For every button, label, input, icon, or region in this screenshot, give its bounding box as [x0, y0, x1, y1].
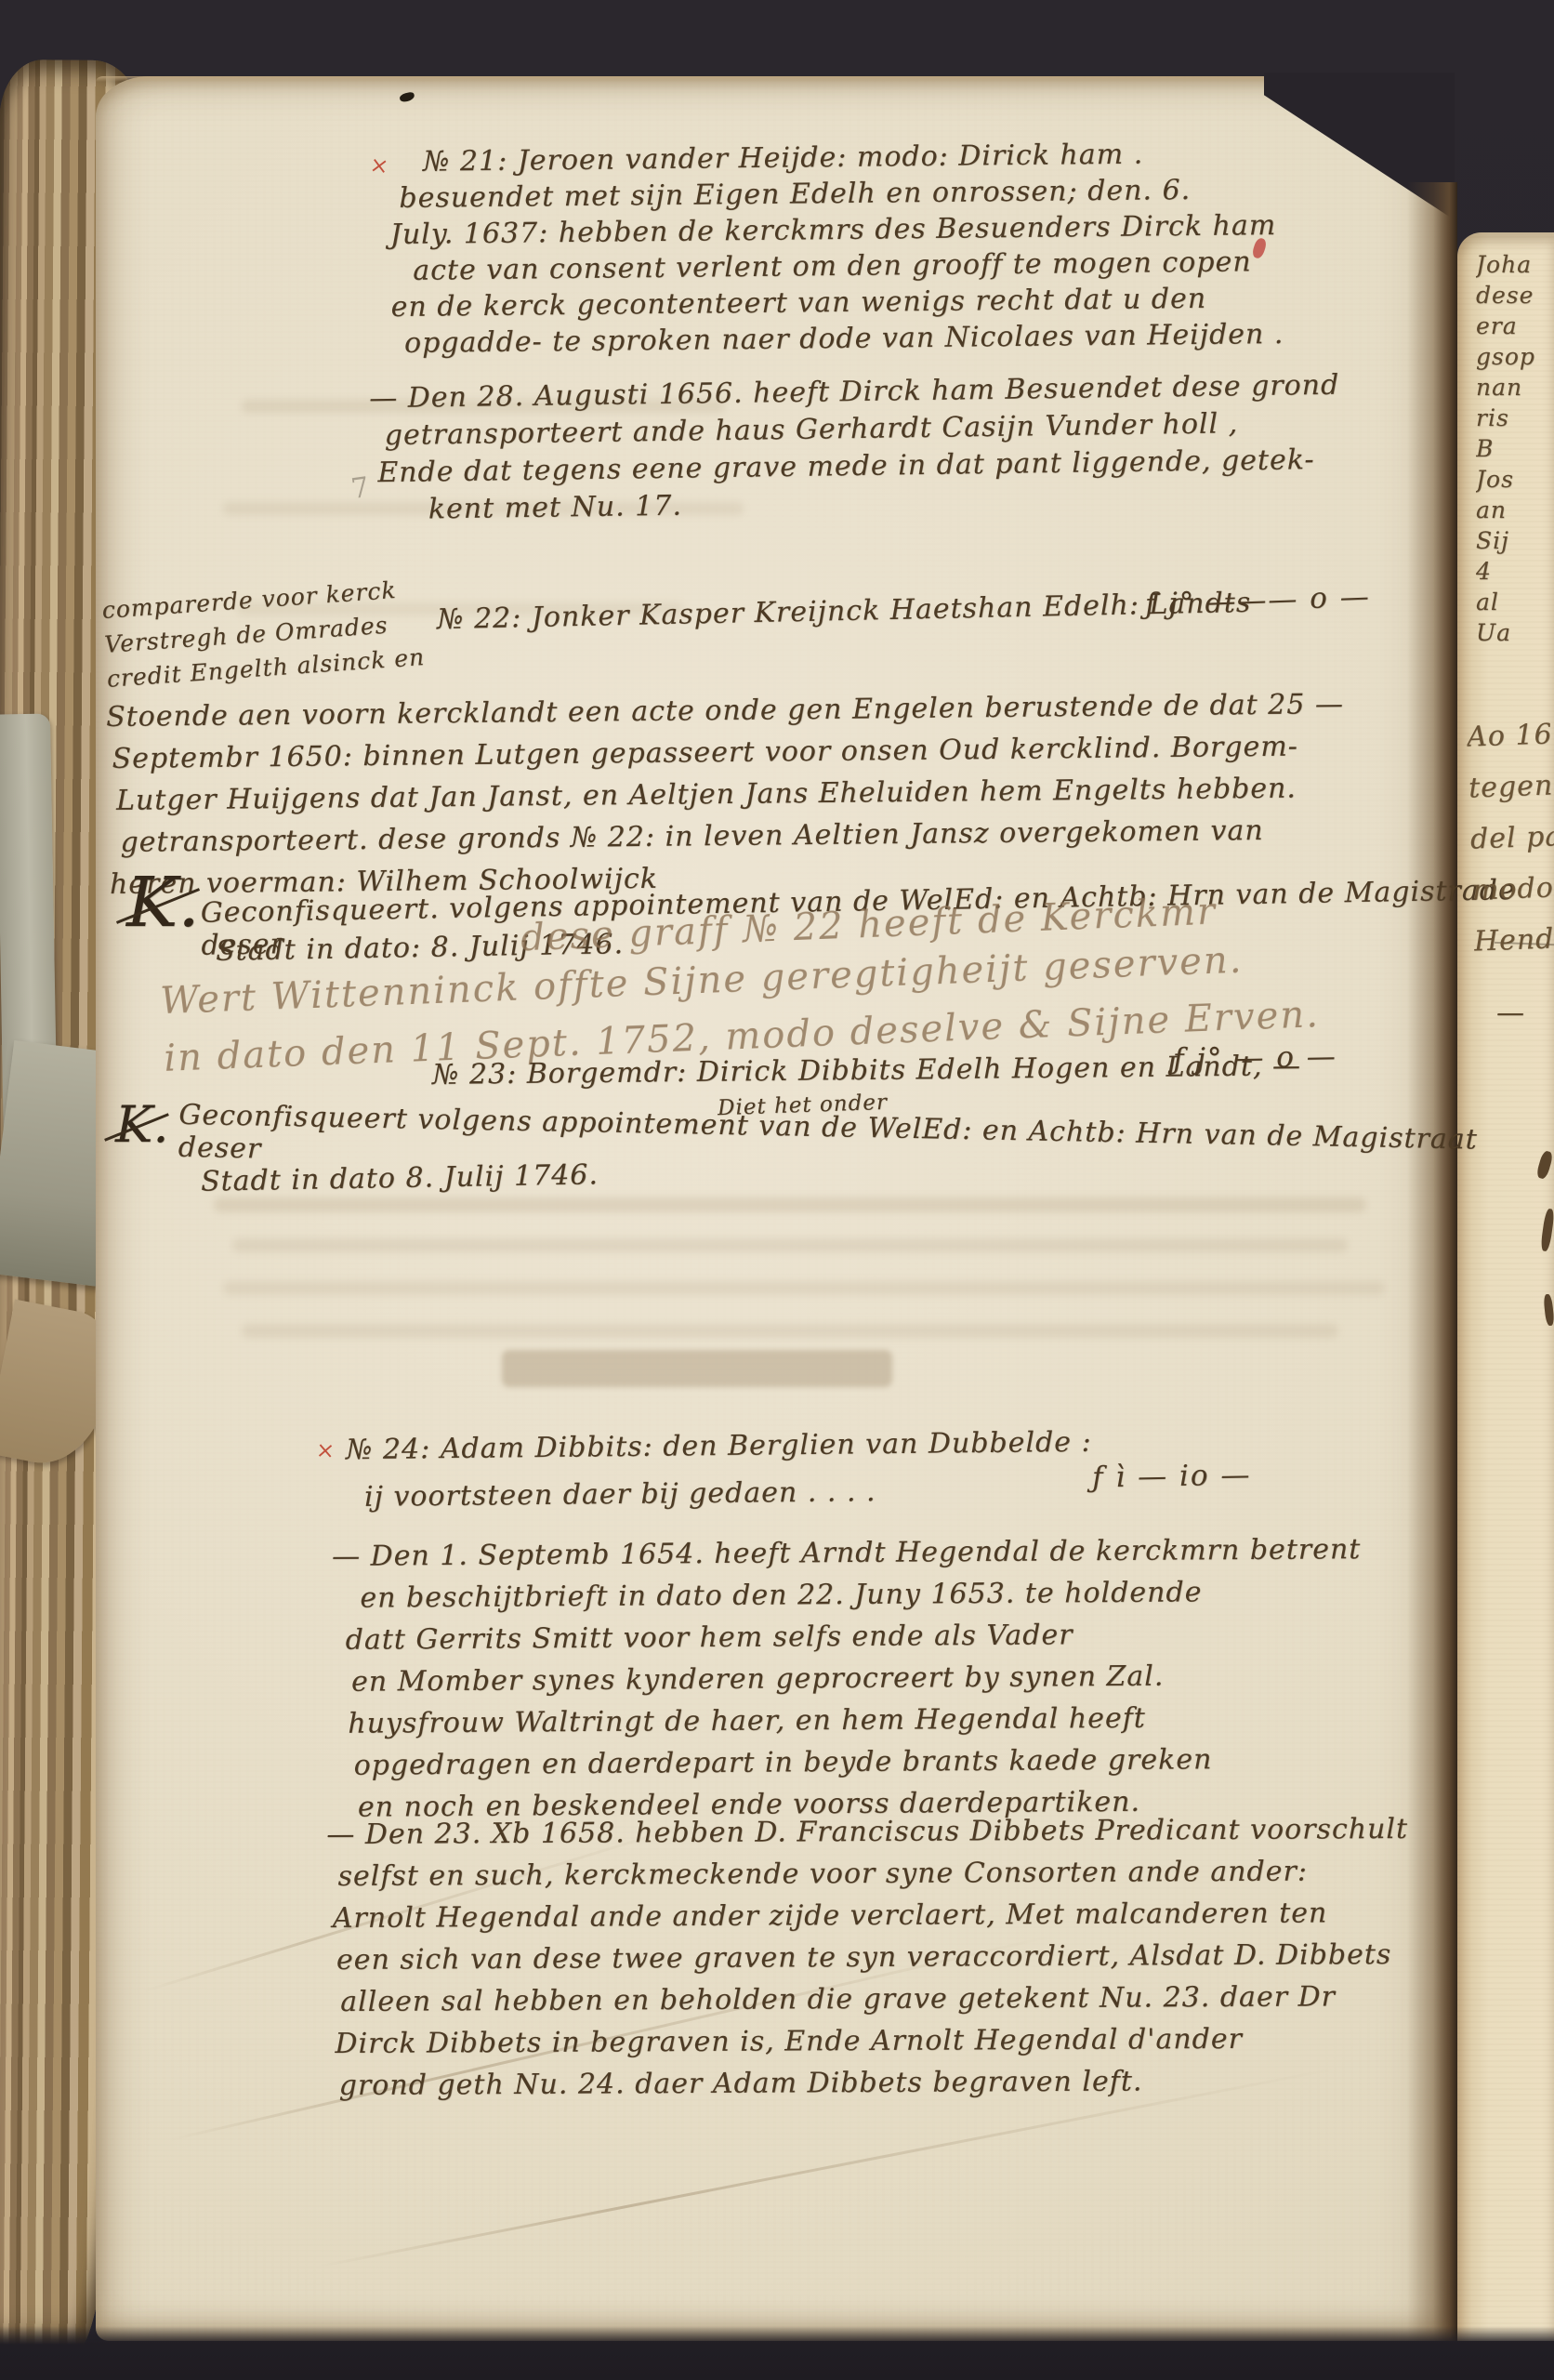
- manuscript-line: een sich van dese twee graven te syn ver…: [336, 1934, 1409, 1981]
- background-bottom-band: [0, 2326, 1554, 2380]
- page-top-edge: [96, 76, 1453, 82]
- manuscript-line: en beschijtbrieft in dato den 22. Juny 1…: [360, 1570, 1362, 1620]
- manuscript-line: Ao 1683. d: [1466, 709, 1551, 763]
- showthrough-ghost-text: [223, 1281, 1385, 1295]
- red-cross-mark: ×: [315, 1436, 336, 1463]
- manuscript-line: selfst en such, kerckmeckende voor syne …: [337, 1850, 1408, 1897]
- manuscript-line: era: [1476, 311, 1554, 341]
- book-gutter-shadow: [1407, 182, 1457, 2341]
- manuscript-line: grond geth Nu. 24. daer Adam Dibbets beg…: [339, 2059, 1410, 2107]
- manuscript-line: huysfrouw Waltringt de haer, en hem Hege…: [348, 1696, 1363, 1745]
- manuscript-line: Joha: [1476, 249, 1554, 280]
- facing-page-marginal-note: Ao 1683. dtegens fidel pandmodo daHendr: [1466, 709, 1554, 968]
- manuscript-line: alleen sal hebben en beholden die grave …: [340, 1976, 1409, 2023]
- facing-page-dash: —: [1496, 997, 1525, 1029]
- paragraph-1658-text: — Den 23. Xb 1658. hebben D. Franciscus …: [326, 1808, 1409, 2107]
- manuscript-line: modo da: [1471, 862, 1554, 916]
- entry-22-text: Stoende aen voorn kercklandt een acte on…: [106, 683, 1346, 906]
- manuscript-line: Ua: [1476, 617, 1554, 648]
- confiscation-2-line-2: Stadt in dato 8. Julij 1746.: [201, 1158, 599, 1197]
- confiscation-initial-k: K.: [115, 1095, 169, 1154]
- red-cross-mark: ×: [368, 152, 390, 180]
- manuscript-line: en Momber synes kynderen geprocreert by …: [351, 1654, 1363, 1703]
- manuscript-photo: × № 21: Jeroen vander Heijde: modo: Diri…: [0, 0, 1554, 2380]
- manuscript-line: al: [1476, 587, 1554, 617]
- manuscript-line: an: [1476, 495, 1554, 525]
- manuscript-line: tegens fi: [1468, 760, 1553, 813]
- manuscript-line: Arnolt Hegendal ande ander zijde verclae…: [333, 1892, 1409, 1939]
- manuscript-line: dese: [1476, 280, 1554, 311]
- manuscript-line: Sij: [1476, 525, 1554, 556]
- facing-page-text-fragments: JohadeseeragsopnanrisBJosanSij4alUa: [1476, 249, 1554, 648]
- showthrough-ghost-text: [232, 1238, 1348, 1252]
- manuscript-line: ris: [1476, 403, 1554, 433]
- entry-21-text: № 21: Jeroen vander Heijde: modo: Dirick…: [389, 135, 1284, 362]
- manuscript-line: Dirck Dibbets in begraven is, Ende Arnol…: [335, 2017, 1409, 2065]
- entry-24-fee-notation: ƒ ì — io —: [1092, 1459, 1252, 1495]
- manuscript-line: opgedragen en daerdepart in beyde brants…: [353, 1738, 1363, 1787]
- manuscript-line: datt Gerrits Smitt voor hem selfs ende a…: [346, 1612, 1363, 1661]
- manuscript-line: Hendr: [1473, 913, 1554, 967]
- showthrough-ghost-scribble: [502, 1350, 892, 1387]
- showthrough-ghost-text: [242, 1324, 1338, 1338]
- manuscript-line: 4: [1476, 556, 1554, 587]
- entry-24-subline: ij voortsteen daer bij gedaen . . . .: [364, 1475, 876, 1514]
- paragraph-1654-text: — Den 1. Septemb 1654. heeft Arndt Hegen…: [332, 1528, 1363, 1829]
- manuscript-line: nan: [1476, 372, 1554, 403]
- manuscript-line: — Den 1. Septemb 1654. heeft Arndt Hegen…: [332, 1528, 1362, 1578]
- showthrough-ghost-text: [214, 1197, 1366, 1212]
- entry-21-transfer-text: — Den 28. Augusti 1656. heeft Dirck ham …: [369, 367, 1341, 530]
- manuscript-line: B: [1476, 433, 1554, 464]
- manuscript-line: Jos: [1476, 464, 1554, 495]
- manuscript-line: gsop: [1476, 341, 1554, 372]
- confiscation-initial-k: K.: [126, 863, 200, 943]
- manuscript-line: — Den 23. Xb 1658. hebben D. Franciscus …: [326, 1808, 1408, 1856]
- entry-23-fee-notation: ƒ j° — o —: [1173, 1039, 1337, 1076]
- manuscript-line: del pand: [1469, 811, 1554, 865]
